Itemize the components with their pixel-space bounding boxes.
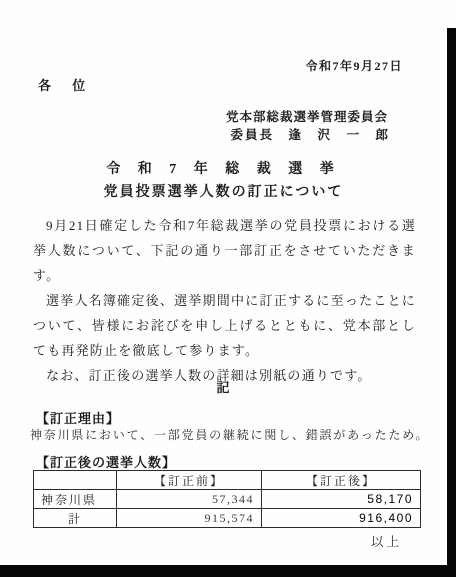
document-date: 令和7年9月27日 xyxy=(0,57,403,74)
header-after: 【訂正後】 xyxy=(262,471,421,490)
header-blank xyxy=(34,471,117,490)
paragraph-2: 選挙人名簿確定後、選挙期間中に訂正するに至ったことについて、皆様にお詫びを申し上… xyxy=(33,288,416,363)
table-row: 計 915,574 916,400 xyxy=(34,509,421,528)
document-title-line2: 党員投票選挙人数の訂正について xyxy=(0,181,447,201)
row-label-total: 計 xyxy=(34,509,117,528)
sender-chairperson: 委員長 逢 沢 一 郎 xyxy=(0,125,390,143)
total-after-value: 916,400 xyxy=(262,509,421,528)
photo-background-bottom-edge xyxy=(0,565,456,577)
record-marker: 記 xyxy=(0,377,447,396)
addressee: 各 位 xyxy=(38,75,94,94)
kanagawa-before-value: 57,344 xyxy=(117,490,262,509)
photo-background-right-edge xyxy=(447,28,456,577)
document-page: 令和7年9月27日 各 位 党本部総裁選挙管理委員会 委員長 逢 沢 一 郎 令… xyxy=(0,0,456,577)
paragraph-1: 9月21日確定した令和7年総裁選挙の党員投票における選挙人数について、下記の通り… xyxy=(33,213,416,288)
sender-organization: 党本部総裁選挙管理委員会 xyxy=(0,107,388,125)
row-label-kanagawa: 神奈川県 xyxy=(34,490,117,509)
corrected-numbers-heading: 【訂正後の選挙人数】 xyxy=(36,452,176,471)
closing-marker: 以上 xyxy=(0,532,402,550)
total-before-value: 915,574 xyxy=(117,509,262,528)
table-row: 神奈川県 57,344 58,170 xyxy=(34,490,421,509)
correction-reason-text: 神奈川県において、一部党員の継続に関し、錯誤があったため。 xyxy=(30,426,430,443)
document-title-line1: 令 和 7 年 総 裁 選 挙 xyxy=(0,158,447,178)
correction-reason-heading: 【訂正理由】 xyxy=(36,408,120,427)
correction-table: 【訂正前】 【訂正後】 神奈川県 57,344 58,170 計 915,574… xyxy=(33,470,421,528)
header-before: 【訂正前】 xyxy=(117,471,262,490)
kanagawa-after-value: 58,170 xyxy=(262,490,421,509)
table-header-row: 【訂正前】 【訂正後】 xyxy=(34,471,421,490)
body-text: 9月21日確定した令和7年総裁選挙の党員投票における選挙人数について、下記の通り… xyxy=(33,213,416,388)
